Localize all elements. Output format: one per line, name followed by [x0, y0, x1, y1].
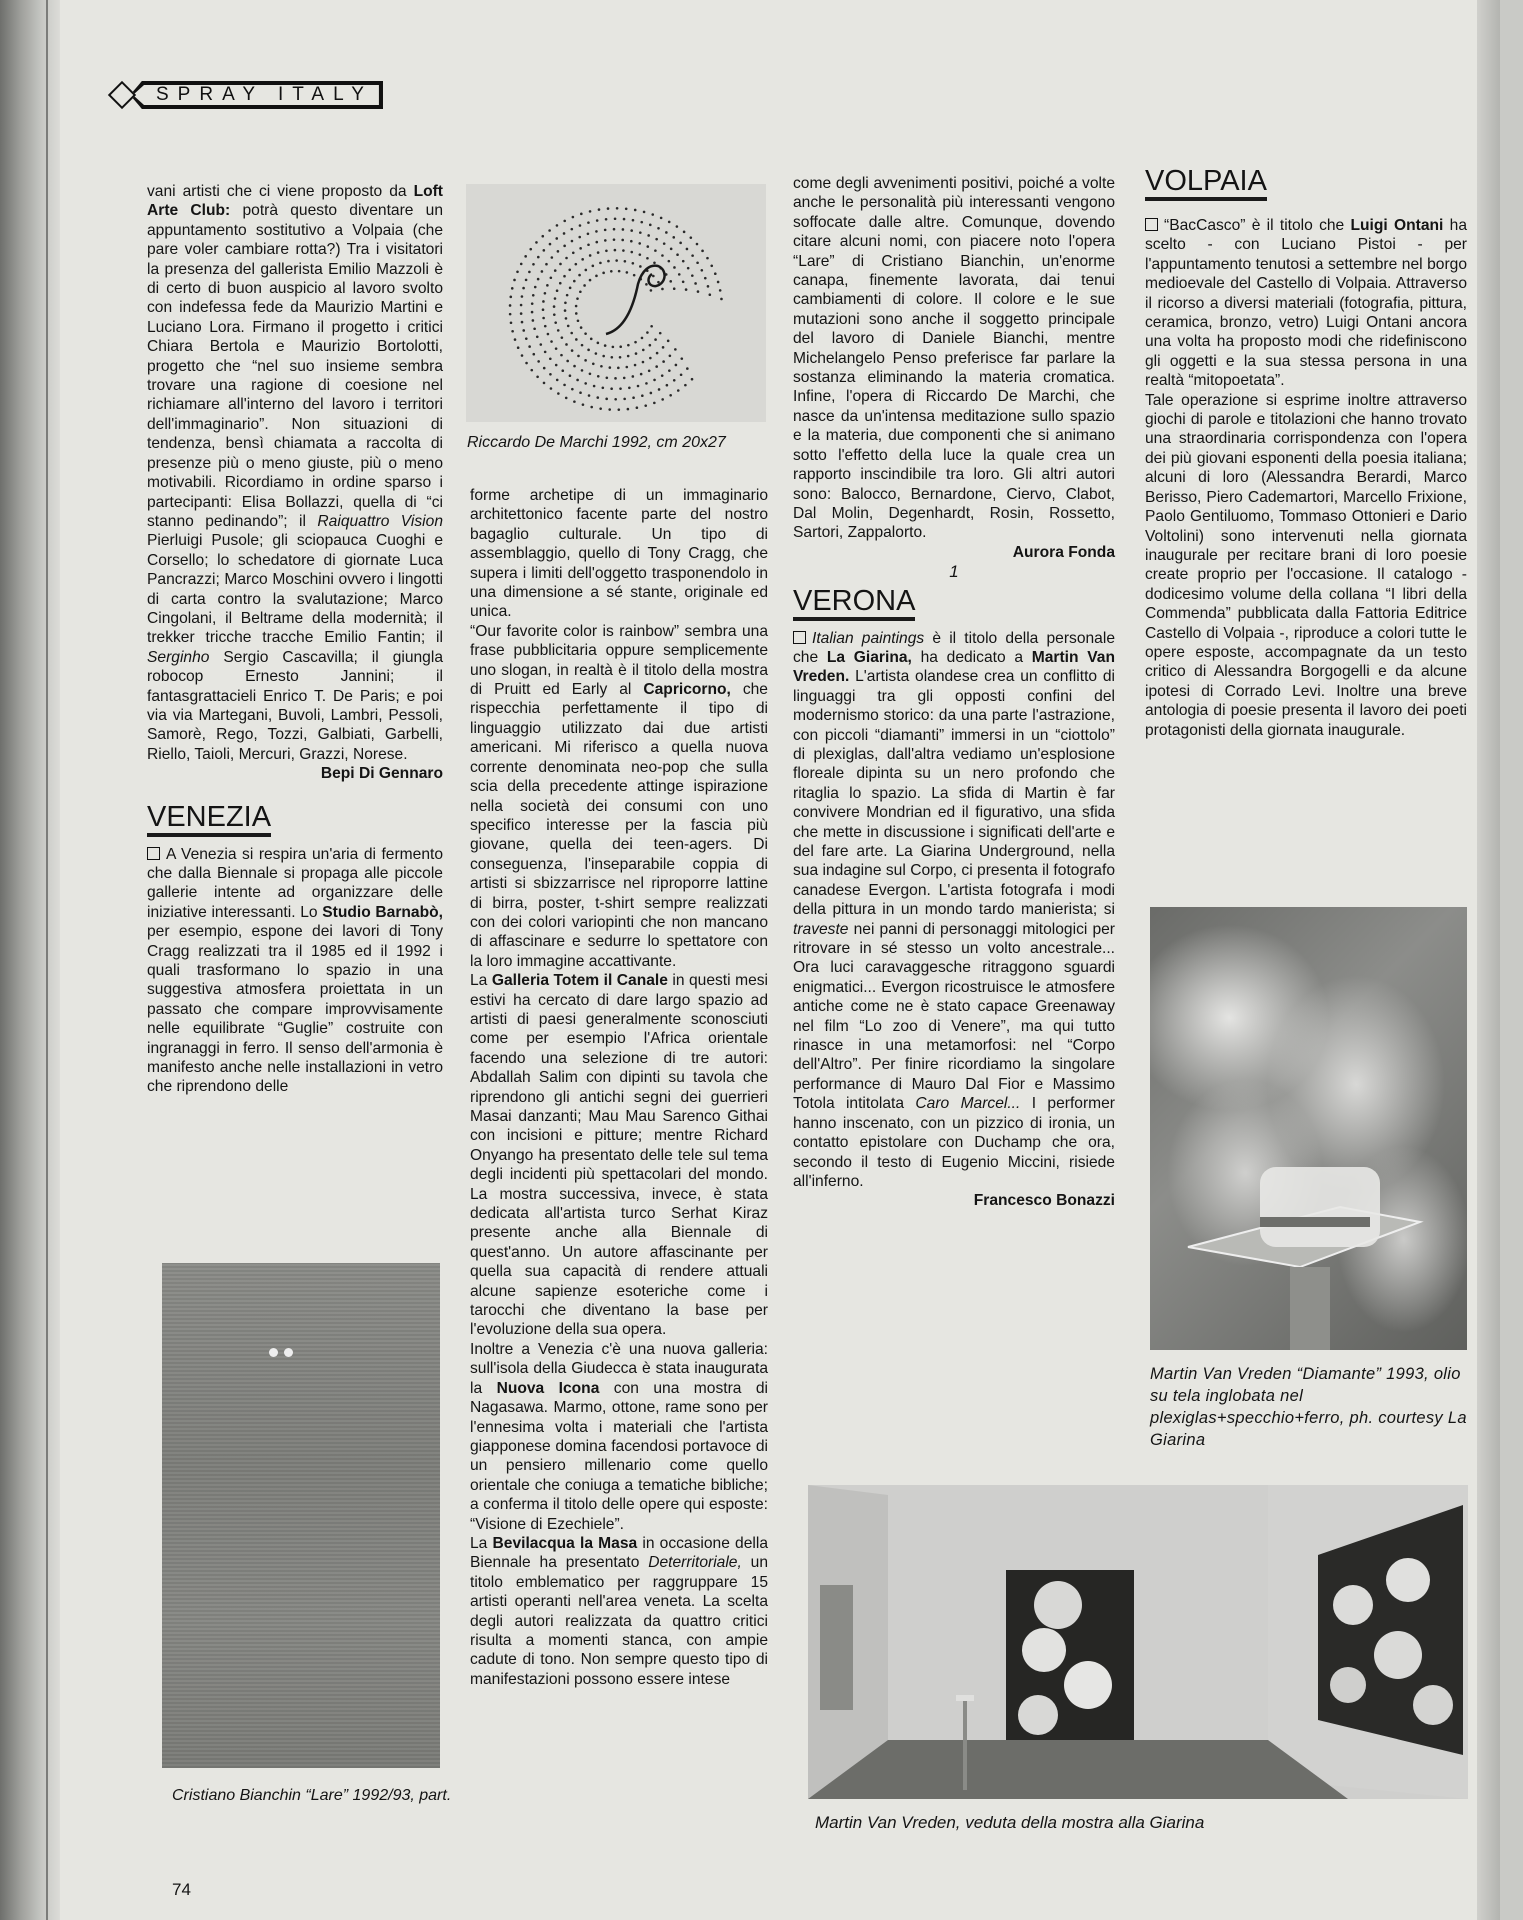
section-title-volpaia: VOLPAIA: [1145, 166, 1267, 201]
plexiglas-sculpture: [1150, 907, 1467, 1350]
section-header: SPRAY ITALY: [112, 82, 383, 108]
author-signature: Bepi Di Gennaro: [147, 764, 443, 783]
figure-caption: Martin Van Vreden “Diamante” 1993, olio …: [1150, 1363, 1475, 1451]
article-paragraph: Italian paintings è il titolo della pers…: [793, 629, 1115, 1192]
text-run: L'artista olandese crea un conflitto di …: [793, 668, 1115, 918]
column-2: forme archetipe di un immaginario archit…: [470, 486, 768, 1689]
bold-term: Galleria Totem il Canale: [492, 972, 668, 989]
checkbox-bullet-icon: [1145, 218, 1158, 231]
article-paragraph: Inoltre a Venezia c'è una nuova galleria…: [470, 1340, 768, 1534]
stray-mark: 1: [793, 562, 1115, 581]
checkbox-bullet-icon: [793, 631, 806, 644]
book-spine: [0, 0, 60, 1920]
article-paragraph: La Galleria Totem il Canale in questi me…: [470, 971, 768, 1340]
italic-term: traveste: [793, 921, 848, 938]
article-paragraph: forme archetipe di un immaginario archit…: [470, 486, 768, 622]
italic-term: Serginho: [147, 649, 209, 666]
spine-fold: [46, 0, 48, 1920]
text-run: che rispecchia perfettamente il tipo di …: [470, 681, 768, 970]
bold-term: Luigi Ontani: [1350, 217, 1443, 234]
photo-bianchin-lare: [162, 1263, 440, 1768]
article-paragraph: Tale operazione si esprime inoltre attra…: [1145, 391, 1467, 740]
article-paragraph: A Venezia si respira un'aria di fermento…: [147, 845, 443, 1097]
gallery-room-scene: [808, 1485, 1468, 1799]
page-edge: [1477, 0, 1500, 1920]
text-run: con una mostra di Nagasawa. Marmo, otton…: [470, 1380, 768, 1533]
section-label: SPRAY ITALY: [152, 84, 373, 106]
photo-diamante: [1150, 907, 1467, 1350]
bold-term: Nuova Icona: [497, 1380, 600, 1397]
italic-term: Deterritoriale,: [648, 1554, 742, 1571]
diamond-icon: [108, 81, 136, 109]
article-paragraph: “BacCasco” è il titolo che Luigi Ontani …: [1145, 216, 1467, 391]
section-title-verona: VERONA: [793, 586, 915, 621]
article-paragraph: La Bevilacqua la Masa in occasione della…: [470, 1534, 768, 1689]
text-run: forme archetipe di un immaginario archit…: [470, 487, 768, 620]
text-run: vani artisti che ci viene proposto da: [147, 183, 414, 200]
figure-caption: Riccardo De Marchi 1992, cm 20x27: [467, 432, 777, 453]
article-paragraph: vani artisti che ci viene proposto da Lo…: [147, 182, 443, 764]
text-run: potrà questo diventare un appuntamento s…: [147, 202, 443, 530]
italic-term: Caro Marcel...: [915, 1095, 1020, 1112]
checkbox-bullet-icon: [147, 847, 160, 860]
text-run: Pierluigi Pusole; gli sciopauca Cuoghi e…: [147, 532, 443, 646]
text-run: La: [470, 1535, 493, 1552]
text-run: per esempio, espone dei lavori di Tony C…: [147, 923, 443, 1095]
author-signature: Aurora Fonda: [793, 543, 1115, 562]
bold-term: Capricorno,: [643, 681, 731, 698]
photo-de-marchi-dots: [466, 184, 766, 422]
text-run: ha dedicato a: [912, 649, 1032, 666]
text-run: un titolo emblematico per raggruppare 15…: [470, 1554, 768, 1687]
text-run: come degli avvenimenti positivi, poiché …: [793, 175, 1115, 541]
figure-caption: Martin Van Vreden, veduta della mostra a…: [815, 1812, 1415, 1833]
bold-term: La Giarina,: [827, 649, 912, 666]
spiral-dots-artwork: [466, 184, 766, 422]
bold-term: Studio Barnabò,: [322, 904, 443, 921]
article-paragraph: “Our favorite color is rainbow” sembra u…: [470, 622, 768, 971]
photo-gallery-view: [808, 1485, 1468, 1799]
italic-term: Raiquattro Vision: [317, 513, 443, 530]
section-label-box: SPRAY ITALY: [130, 81, 383, 109]
italic-term: Italian paintings: [812, 630, 924, 647]
text-run: “BacCasco” è il titolo che: [1164, 217, 1350, 234]
author-signature: Francesco Bonazzi: [793, 1191, 1115, 1210]
page-number: 74: [172, 1880, 191, 1900]
section-title-venezia: VENEZIA: [147, 802, 271, 837]
figure-caption: Cristiano Bianchin “Lare” 1992/93, part.: [172, 1785, 472, 1806]
text-run: nei panni di personaggi mitologici per r…: [793, 921, 1115, 1113]
text-run: ha scelto - con Luciano Pistoi - per l'a…: [1145, 217, 1467, 389]
text-run: in questi mesi estivi ha cercato di dare…: [470, 972, 768, 1338]
text-run: Tale operazione si esprime inoltre attra…: [1145, 392, 1467, 739]
column-4: VOLPAIA “BacCasco” è il titolo che Luigi…: [1145, 216, 1467, 740]
column-1: vani artisti che ci viene proposto da Lo…: [147, 182, 443, 1097]
article-paragraph: come degli avvenimenti positivi, poiché …: [793, 174, 1115, 543]
bold-term: Bevilacqua la Masa: [493, 1535, 638, 1552]
column-3: come degli avvenimenti positivi, poiché …: [793, 174, 1115, 1211]
text-run: La: [470, 972, 492, 989]
